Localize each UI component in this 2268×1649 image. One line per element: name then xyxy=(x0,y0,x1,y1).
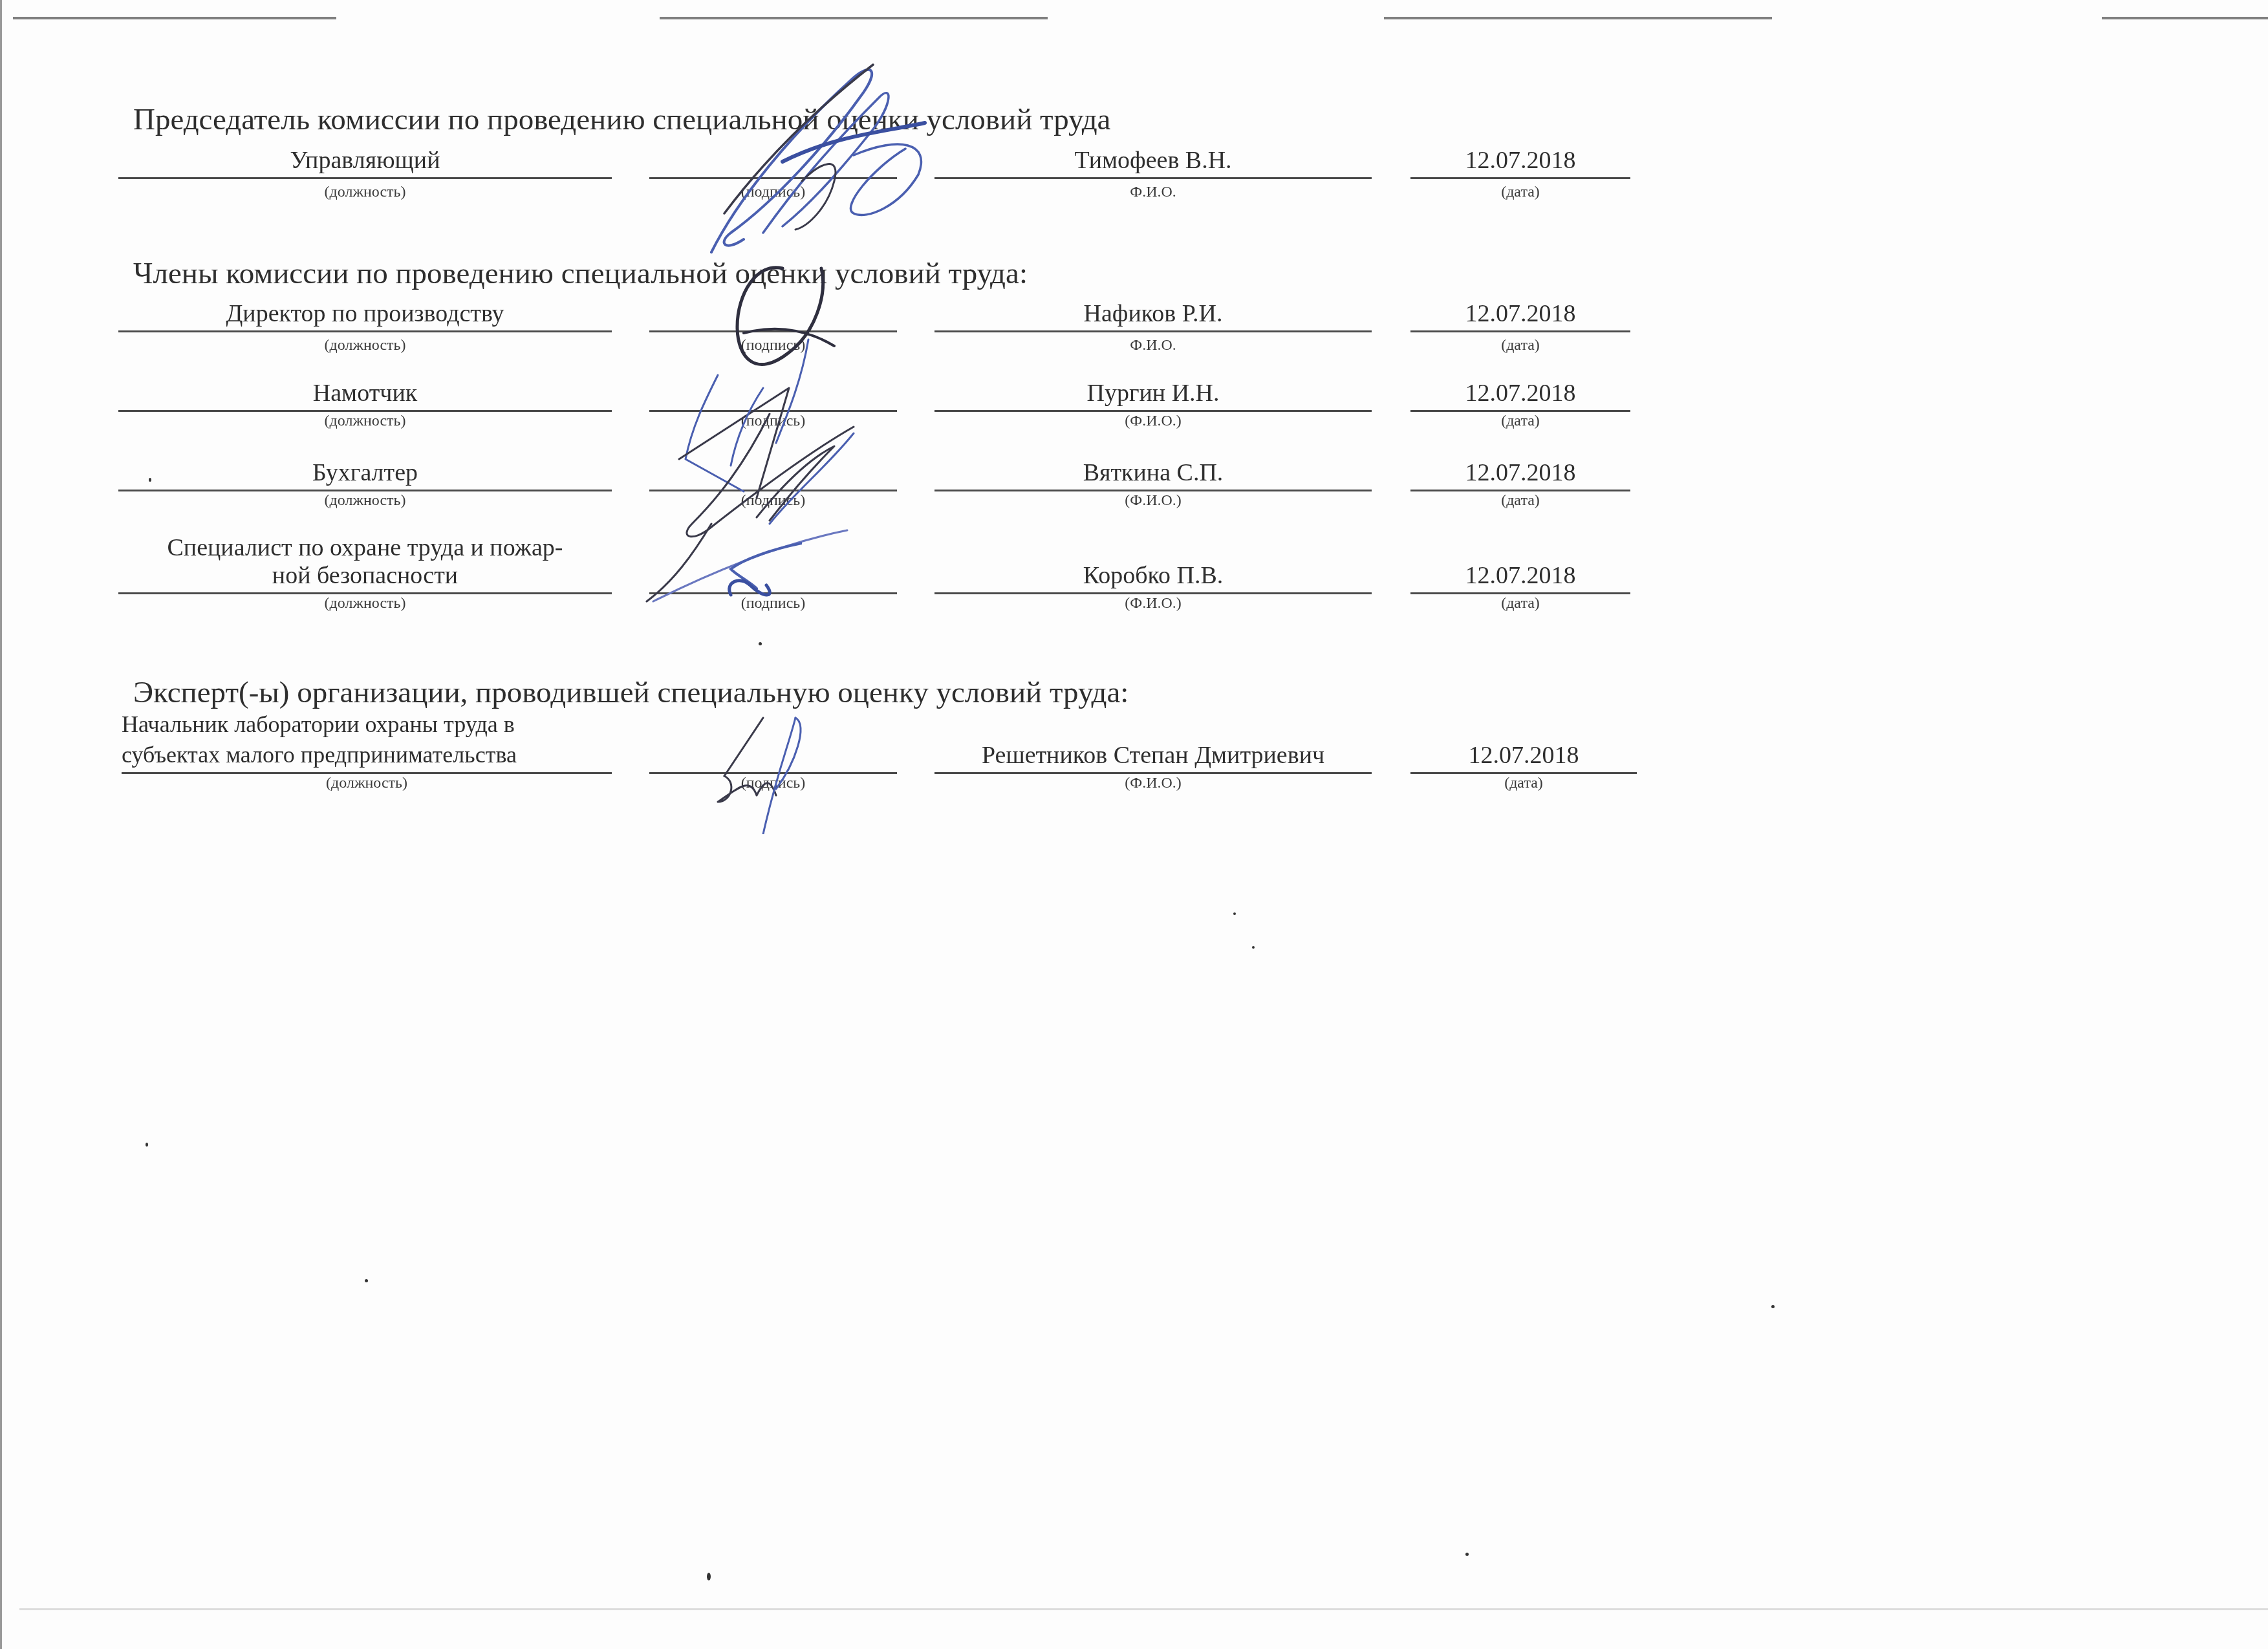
expert-name-field: Решетников Степан Дмитриевич (Ф.И.О.) xyxy=(934,733,1372,774)
date-value: 12.07.2018 xyxy=(1410,742,1637,770)
member-name-field: Нафиков Р.И. Ф.И.О. xyxy=(934,292,1372,332)
position-caption: (должность) xyxy=(122,775,612,791)
underline xyxy=(934,490,1372,491)
speck xyxy=(707,1573,711,1580)
name-value: Вяткина С.П. xyxy=(934,459,1372,488)
chairman-name-field: Тимофеев В.Н. Ф.И.О. xyxy=(934,139,1372,179)
scan-edge-left xyxy=(0,0,2,1649)
underline xyxy=(934,772,1372,774)
chairman-signature-field: (подпись) xyxy=(649,139,897,179)
name-value: Коробко П.В. xyxy=(934,562,1372,590)
date-caption: (дата) xyxy=(1410,184,1630,200)
underline xyxy=(1410,772,1637,774)
speck xyxy=(365,1279,368,1282)
underline xyxy=(934,330,1372,332)
expert-signature-field: (подпись) xyxy=(649,733,897,774)
underline xyxy=(1410,592,1630,594)
date-value: 12.07.2018 xyxy=(1410,380,1630,408)
expert-position-field: Начальник лаборатории охраны труда в суб… xyxy=(122,708,612,774)
scan-artifact xyxy=(2102,17,2268,19)
member-position-field: Директор по производству (должность) xyxy=(118,292,612,332)
underline xyxy=(649,330,897,332)
signature-caption: (подпись) xyxy=(649,493,897,508)
underline xyxy=(118,330,612,332)
speck xyxy=(759,642,762,645)
position-value: Директор по производству xyxy=(118,300,612,329)
expert-date-field: 12.07.2018 (дата) xyxy=(1410,733,1637,774)
member-signature-field: (подпись) xyxy=(649,553,897,594)
scan-artifact xyxy=(13,17,336,19)
name-value: Тимофеев В.Н. xyxy=(934,147,1372,175)
member-position-field: Намотчик (должность) xyxy=(118,372,612,412)
position-caption: (должность) xyxy=(118,413,612,429)
position-value: Управляющий xyxy=(118,147,612,175)
signature-caption: (подпись) xyxy=(649,596,897,611)
name-value: Нафиков Р.И. xyxy=(934,300,1372,329)
speck xyxy=(1233,912,1236,915)
underline xyxy=(122,772,612,774)
position-line-2: ной безопасности xyxy=(118,562,612,590)
member-signature-field: (подпись) xyxy=(649,372,897,412)
chairman-date-field: 12.07.2018 (дата) xyxy=(1410,139,1630,179)
position-caption: (должность) xyxy=(118,184,612,200)
underline xyxy=(118,490,612,491)
member-name-field: Коробко П.В. (Ф.И.О.) xyxy=(934,553,1372,594)
underline xyxy=(934,410,1372,412)
speck xyxy=(1771,1305,1775,1308)
member-name-field: Пургин И.Н. (Ф.И.О.) xyxy=(934,372,1372,412)
signature-caption: (подпись) xyxy=(649,184,897,200)
member-date-field: 12.07.2018 (дата) xyxy=(1410,451,1630,491)
chairman-position-field: Управляющий (должность) xyxy=(118,139,612,179)
underline xyxy=(1410,177,1630,179)
experts-heading: Эксперт(-ы) организации, проводившей спе… xyxy=(133,678,1129,708)
member-signature-field: (подпись) xyxy=(649,451,897,491)
member-name-field: Вяткина С.П. (Ф.И.О.) xyxy=(934,451,1372,491)
date-value: 12.07.2018 xyxy=(1410,147,1630,175)
position-caption: (должность) xyxy=(118,493,612,508)
scan-artifact xyxy=(1384,17,1772,19)
date-caption: (дата) xyxy=(1410,775,1637,791)
member-date-field: 12.07.2018 (дата) xyxy=(1410,553,1630,594)
member-position-field: Бухгалтер (должность) xyxy=(118,451,612,491)
name-value: Решетников Степан Дмитриевич xyxy=(934,742,1372,770)
position-line-1: Специалист по охране труда и пожар- xyxy=(118,534,612,563)
underline xyxy=(649,177,897,179)
underline xyxy=(1410,330,1630,332)
date-value: 12.07.2018 xyxy=(1410,300,1630,329)
date-caption: (дата) xyxy=(1410,596,1630,611)
position-value: Специалист по охране труда и пожар- ной … xyxy=(118,534,612,590)
member-date-field: 12.07.2018 (дата) xyxy=(1410,292,1630,332)
underline xyxy=(649,490,897,491)
position-line-2: субъектах малого предпринимательства xyxy=(122,740,612,770)
member-position-field: Специалист по охране труда и пожар- ной … xyxy=(118,527,612,594)
underline xyxy=(1410,490,1630,491)
underline xyxy=(934,592,1372,594)
name-caption: Ф.И.О. xyxy=(934,184,1372,200)
name-caption: (Ф.И.О.) xyxy=(934,775,1372,791)
name-caption: (Ф.И.О.) xyxy=(934,413,1372,429)
name-caption: (Ф.И.О.) xyxy=(934,493,1372,508)
name-caption: Ф.И.О. xyxy=(934,338,1372,353)
position-value: Намотчик xyxy=(118,380,612,408)
underline xyxy=(649,592,897,594)
scan-artifact xyxy=(660,17,1048,19)
underline xyxy=(934,177,1372,179)
date-value: 12.07.2018 xyxy=(1410,459,1630,488)
position-caption: (должность) xyxy=(118,338,612,353)
signature-caption: (подпись) xyxy=(649,775,897,791)
position-caption: (должность) xyxy=(118,596,612,611)
position-line-1: Начальник лаборатории охраны труда в xyxy=(122,709,612,740)
underline xyxy=(649,410,897,412)
position-value: Бухгалтер xyxy=(118,459,612,488)
speck xyxy=(1465,1553,1469,1556)
members-heading: Члены комиссии по проведению специальной… xyxy=(133,259,1028,289)
chairman-heading: Председатель комиссии по проведению спец… xyxy=(133,105,1110,135)
signature-caption: (подпись) xyxy=(649,413,897,429)
date-caption: (дата) xyxy=(1410,413,1630,429)
member-signature-field: (подпись) xyxy=(649,292,897,332)
date-caption: (дата) xyxy=(1410,493,1630,508)
date-caption: (дата) xyxy=(1410,338,1630,353)
underline xyxy=(1410,410,1630,412)
underline xyxy=(118,592,612,594)
underline xyxy=(118,410,612,412)
speck xyxy=(1252,946,1255,949)
signature-caption: (подпись) xyxy=(649,338,897,353)
underline xyxy=(118,177,612,179)
name-value: Пургин И.Н. xyxy=(934,380,1372,408)
date-value: 12.07.2018 xyxy=(1410,562,1630,590)
member-date-field: 12.07.2018 (дата) xyxy=(1410,372,1630,412)
position-value: Начальник лаборатории охраны труда в суб… xyxy=(122,709,612,770)
scan-edge-bottom xyxy=(19,1608,2268,1610)
speck xyxy=(146,1143,148,1147)
underline xyxy=(649,772,897,774)
name-caption: (Ф.И.О.) xyxy=(934,596,1372,611)
